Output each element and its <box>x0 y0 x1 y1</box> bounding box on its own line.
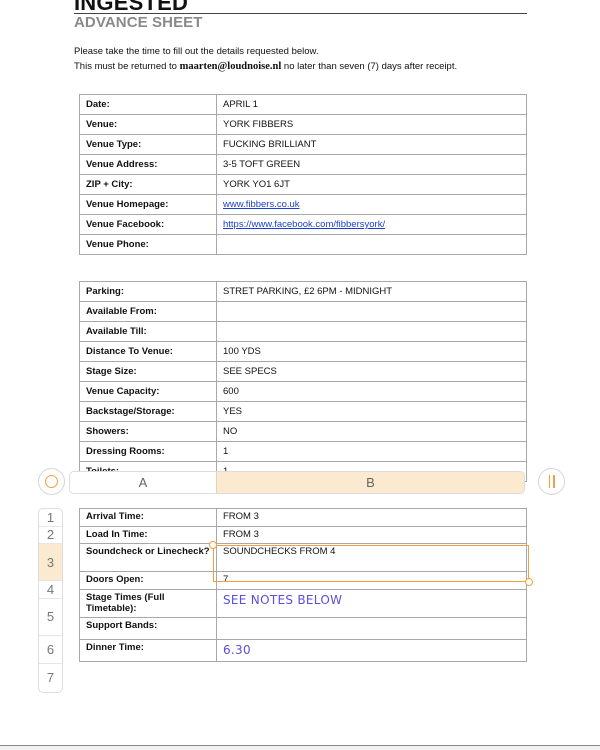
row-value[interactable]: FROM 3 <box>217 526 527 544</box>
link[interactable]: www.fibbers.co.uk <box>223 199 300 210</box>
row-value[interactable]: YORK YO1 6JT <box>217 175 527 195</box>
row-label[interactable]: Showers: <box>80 422 217 442</box>
row-value[interactable]: 3-5 TOFT GREEN <box>217 155 527 175</box>
row-value[interactable]: 600 <box>217 382 527 402</box>
row-value[interactable]: YES <box>217 402 527 422</box>
row-header-3[interactable]: 3 <box>39 544 62 581</box>
table-row: Backstage/Storage:YES <box>80 402 527 422</box>
intro-line-2: This must be returned to maarten@loudnoi… <box>74 59 457 74</box>
row-value[interactable]: 7 <box>217 572 527 590</box>
column-header-a[interactable]: A <box>70 472 217 493</box>
intro-text: Please take the time to fill out the det… <box>74 44 457 74</box>
selection-handle-end[interactable] <box>525 578 533 586</box>
column-header-b[interactable]: B <box>217 472 524 493</box>
table-row: Venue Address:3-5 TOFT GREEN <box>80 155 527 175</box>
row-value[interactable]: FROM 3 <box>217 509 527 527</box>
row-label[interactable]: Parking: <box>80 282 217 302</box>
row-label[interactable]: Dressing Rooms: <box>80 442 217 462</box>
row-header-4[interactable]: 4 <box>39 581 62 599</box>
selection-handle-start[interactable] <box>209 541 217 549</box>
row-label[interactable]: Distance To Venue: <box>80 342 217 362</box>
table-row: Venue Type:FUCKING BRILLIANT <box>80 135 527 155</box>
row-label[interactable]: Arrival Time: <box>80 509 217 527</box>
bottom-toolbar-edge <box>0 746 600 750</box>
table-row: Date:APRIL 1 <box>80 95 527 115</box>
row-label[interactable]: Support Bands: <box>80 617 217 639</box>
row-header-1[interactable]: 1 <box>39 509 62 527</box>
row-label[interactable]: Venue Homepage: <box>80 195 217 215</box>
row-value[interactable]: FUCKING BRILLIANT <box>217 135 527 155</box>
table-row: Venue Phone: <box>80 235 527 255</box>
schedule-table: Arrival Time:FROM 3Load In Time:FROM 3So… <box>79 508 527 662</box>
row-header-7[interactable]: 7 <box>39 664 62 692</box>
table-row: Showers:NO <box>80 422 527 442</box>
pause-icon <box>549 475 555 488</box>
intro-suffix: no later than seven (7) days after recei… <box>281 61 457 72</box>
table-row: Support Bands: <box>80 617 527 639</box>
select-table-button[interactable] <box>38 468 65 495</box>
row-value[interactable]: www.fibbers.co.uk <box>217 195 527 215</box>
row-label[interactable]: Stage Size: <box>80 362 217 382</box>
table-row: Venue Homepage:www.fibbers.co.uk <box>80 195 527 215</box>
row-header-5[interactable]: 5 <box>39 599 62 636</box>
table-row: Stage Size:SEE SPECS <box>80 362 527 382</box>
row-value[interactable]: YORK FIBBERS <box>217 115 527 135</box>
table-row: Parking:STRET PARKING, £2 6PM - MIDNIGHT <box>80 282 527 302</box>
row-label[interactable]: Available From: <box>80 302 217 322</box>
row-value[interactable]: 6.30 <box>217 639 527 661</box>
row-label[interactable]: Venue Capacity: <box>80 382 217 402</box>
row-label[interactable]: Soundcheck or Linecheck? <box>80 544 217 572</box>
row-label[interactable]: Dinner Time: <box>80 639 217 661</box>
row-value[interactable]: https://www.facebook.com/fibbersyork/ <box>217 215 527 235</box>
row-label[interactable]: Stage Times (Full Timetable): <box>80 589 217 617</box>
table-row: ZIP + City:YORK YO1 6JT <box>80 175 527 195</box>
row-label[interactable]: Venue Address: <box>80 155 217 175</box>
row-value[interactable]: SEE NOTES BELOW <box>217 589 527 617</box>
column-header-bar: A B <box>69 471 525 494</box>
row-value[interactable] <box>217 322 527 342</box>
table-row: Stage Times (Full Timetable):SEE NOTES B… <box>80 589 527 617</box>
row-label[interactable]: Available Till: <box>80 322 217 342</box>
table-row: Venue:YORK FIBBERS <box>80 115 527 135</box>
row-label[interactable]: Load In Time: <box>80 526 217 544</box>
row-value[interactable]: SEE SPECS <box>217 362 527 382</box>
table-row: Distance To Venue:100 YDS <box>80 342 527 362</box>
row-label[interactable]: Venue Phone: <box>80 235 217 255</box>
row-value[interactable] <box>217 235 527 255</box>
table-row: Arrival Time:FROM 3 <box>80 509 527 527</box>
table-row: Soundcheck or Linecheck?SOUNDCHECKS FROM… <box>80 544 527 572</box>
facilities-table: Parking:STRET PARKING, £2 6PM - MIDNIGHT… <box>79 281 527 482</box>
table-row: Available Till: <box>80 322 527 342</box>
table-row: Load In Time:FROM 3 <box>80 526 527 544</box>
row-value[interactable]: APRIL 1 <box>217 95 527 115</box>
link[interactable]: https://www.facebook.com/fibbersyork/ <box>223 219 385 230</box>
row-label[interactable]: Venue: <box>80 115 217 135</box>
row-label[interactable]: ZIP + City: <box>80 175 217 195</box>
intro-prefix: This must be returned to <box>74 61 180 72</box>
table-row: Venue Facebook:https://www.facebook.com/… <box>80 215 527 235</box>
row-header-6[interactable]: 6 <box>39 636 62 664</box>
row-value[interactable]: STRET PARKING, £2 6PM - MIDNIGHT <box>217 282 527 302</box>
row-value[interactable]: SOUNDCHECKS FROM 4 <box>217 544 527 572</box>
row-label[interactable]: Date: <box>80 95 217 115</box>
table-row: Available From: <box>80 302 527 322</box>
row-header-2[interactable]: 2 <box>39 527 62 545</box>
contact-email: maarten@loudnoise.nl <box>180 61 282 72</box>
column-handle-button[interactable] <box>538 468 565 495</box>
row-value[interactable] <box>217 617 527 639</box>
venue-info-table: Date:APRIL 1Venue:YORK FIBBERSVenue Type… <box>79 94 527 255</box>
circle-icon <box>45 475 58 488</box>
row-value[interactable]: 100 YDS <box>217 342 527 362</box>
row-value[interactable]: NO <box>217 422 527 442</box>
table-row: Dressing Rooms:1 <box>80 442 527 462</box>
row-header-strip: 1234567 <box>38 508 63 693</box>
row-value[interactable]: 1 <box>217 442 527 462</box>
row-label[interactable]: Doors Open: <box>80 572 217 590</box>
table-row: Doors Open:7 <box>80 572 527 590</box>
table-row: Dinner Time:6.30 <box>80 639 527 661</box>
row-value[interactable] <box>217 302 527 322</box>
row-label[interactable]: Venue Type: <box>80 135 217 155</box>
document-subtitle: ADVANCE SHEET <box>74 14 203 31</box>
row-label[interactable]: Backstage/Storage: <box>80 402 217 422</box>
intro-line-1: Please take the time to fill out the det… <box>74 44 457 59</box>
row-label[interactable]: Venue Facebook: <box>80 215 217 235</box>
table-row: Venue Capacity:600 <box>80 382 527 402</box>
